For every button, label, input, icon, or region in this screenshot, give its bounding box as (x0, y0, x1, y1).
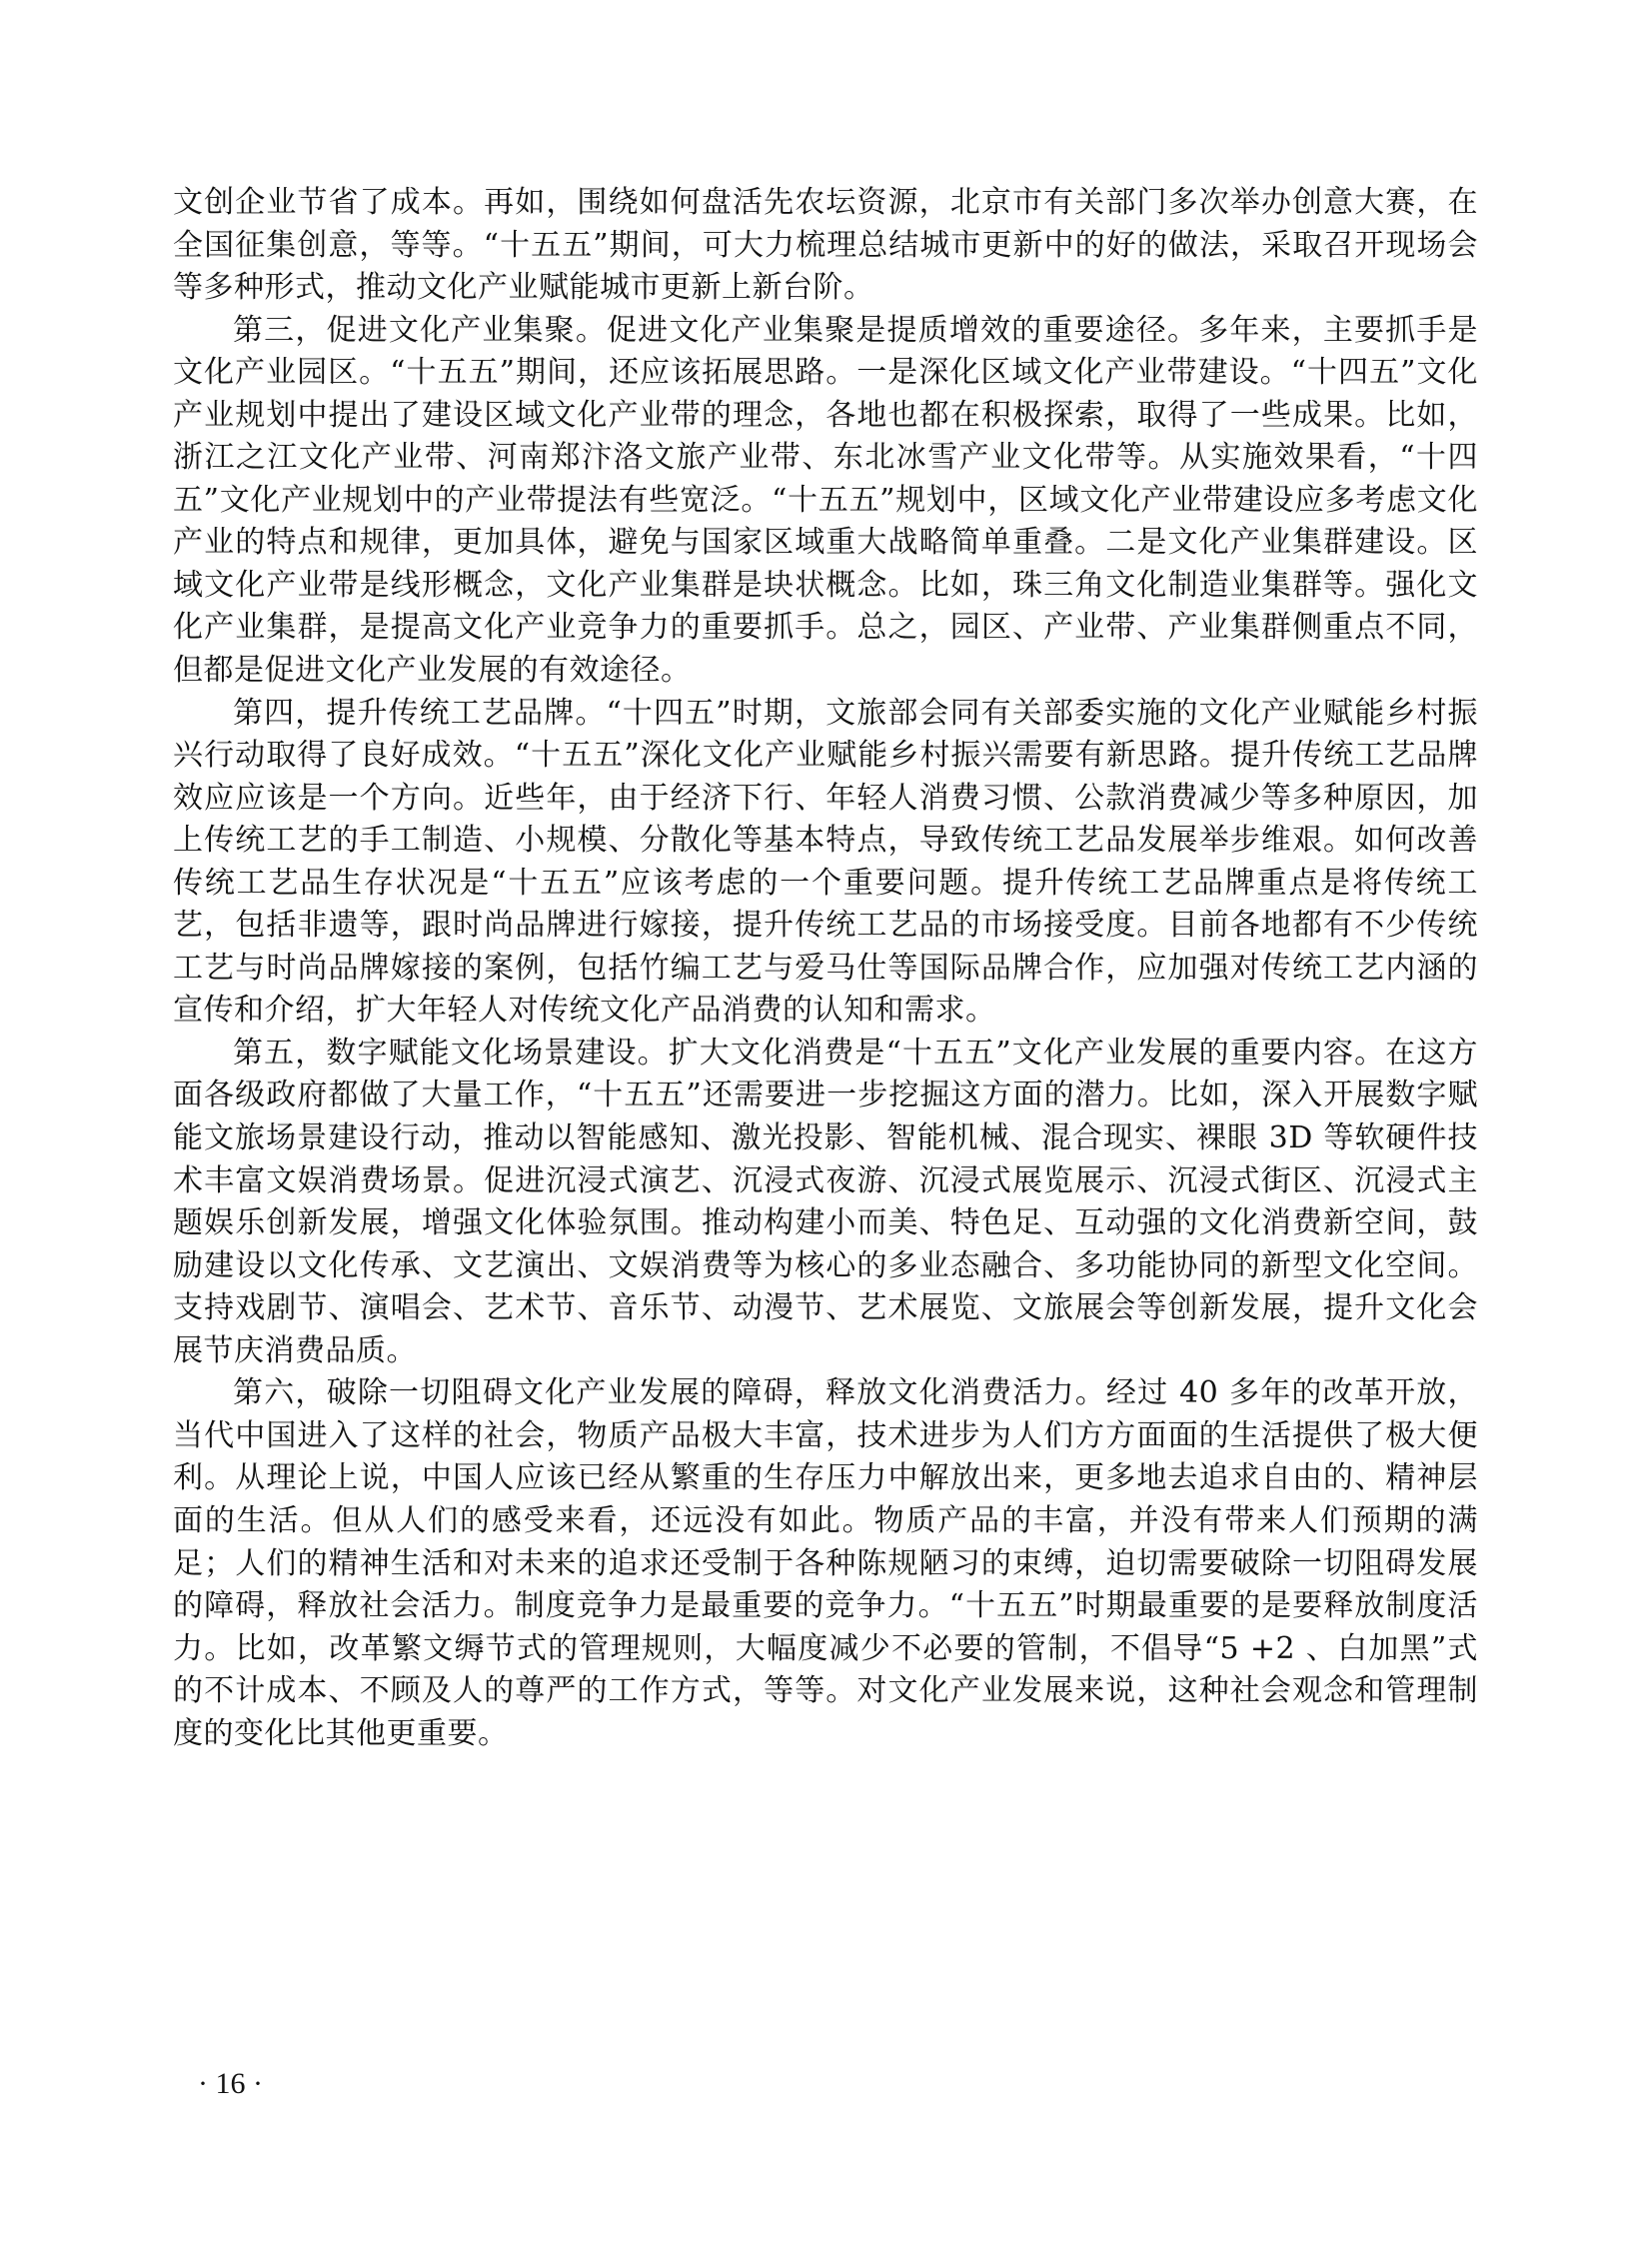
paragraph-fifth-point-digital-scenes: 第五，数字赋能文化场景建设。扩大文化消费是“十五五”文化产业发展的重要内容。在这… (173, 1033, 1478, 1372)
document-body: 文创企业节省了成本。再如，围绕如何盘活先农坛资源，北京市有关部门多次举办创意大赛… (173, 182, 1478, 1755)
paragraph-continuation: 文创企业节省了成本。再如，围绕如何盘活先农坛资源，北京市有关部门多次举办创意大赛… (173, 182, 1478, 310)
paragraph-sixth-point-remove-obstacles: 第六，破除一切阻碍文化产业发展的障碍，释放文化消费活力。经过 40 多年的改革开… (173, 1372, 1478, 1755)
paragraph-fourth-point-traditional-crafts: 第四，提升传统工艺品牌。“十四五”时期，文旅部会同有关部委实施的文化产业赋能乡村… (173, 693, 1478, 1033)
page-number: · 16 · (198, 2067, 263, 2101)
paragraph-third-point-industry-clustering: 第三，促进文化产业集聚。促进文化产业集聚是提质增效的重要途径。多年来，主要抓手是… (173, 310, 1478, 693)
